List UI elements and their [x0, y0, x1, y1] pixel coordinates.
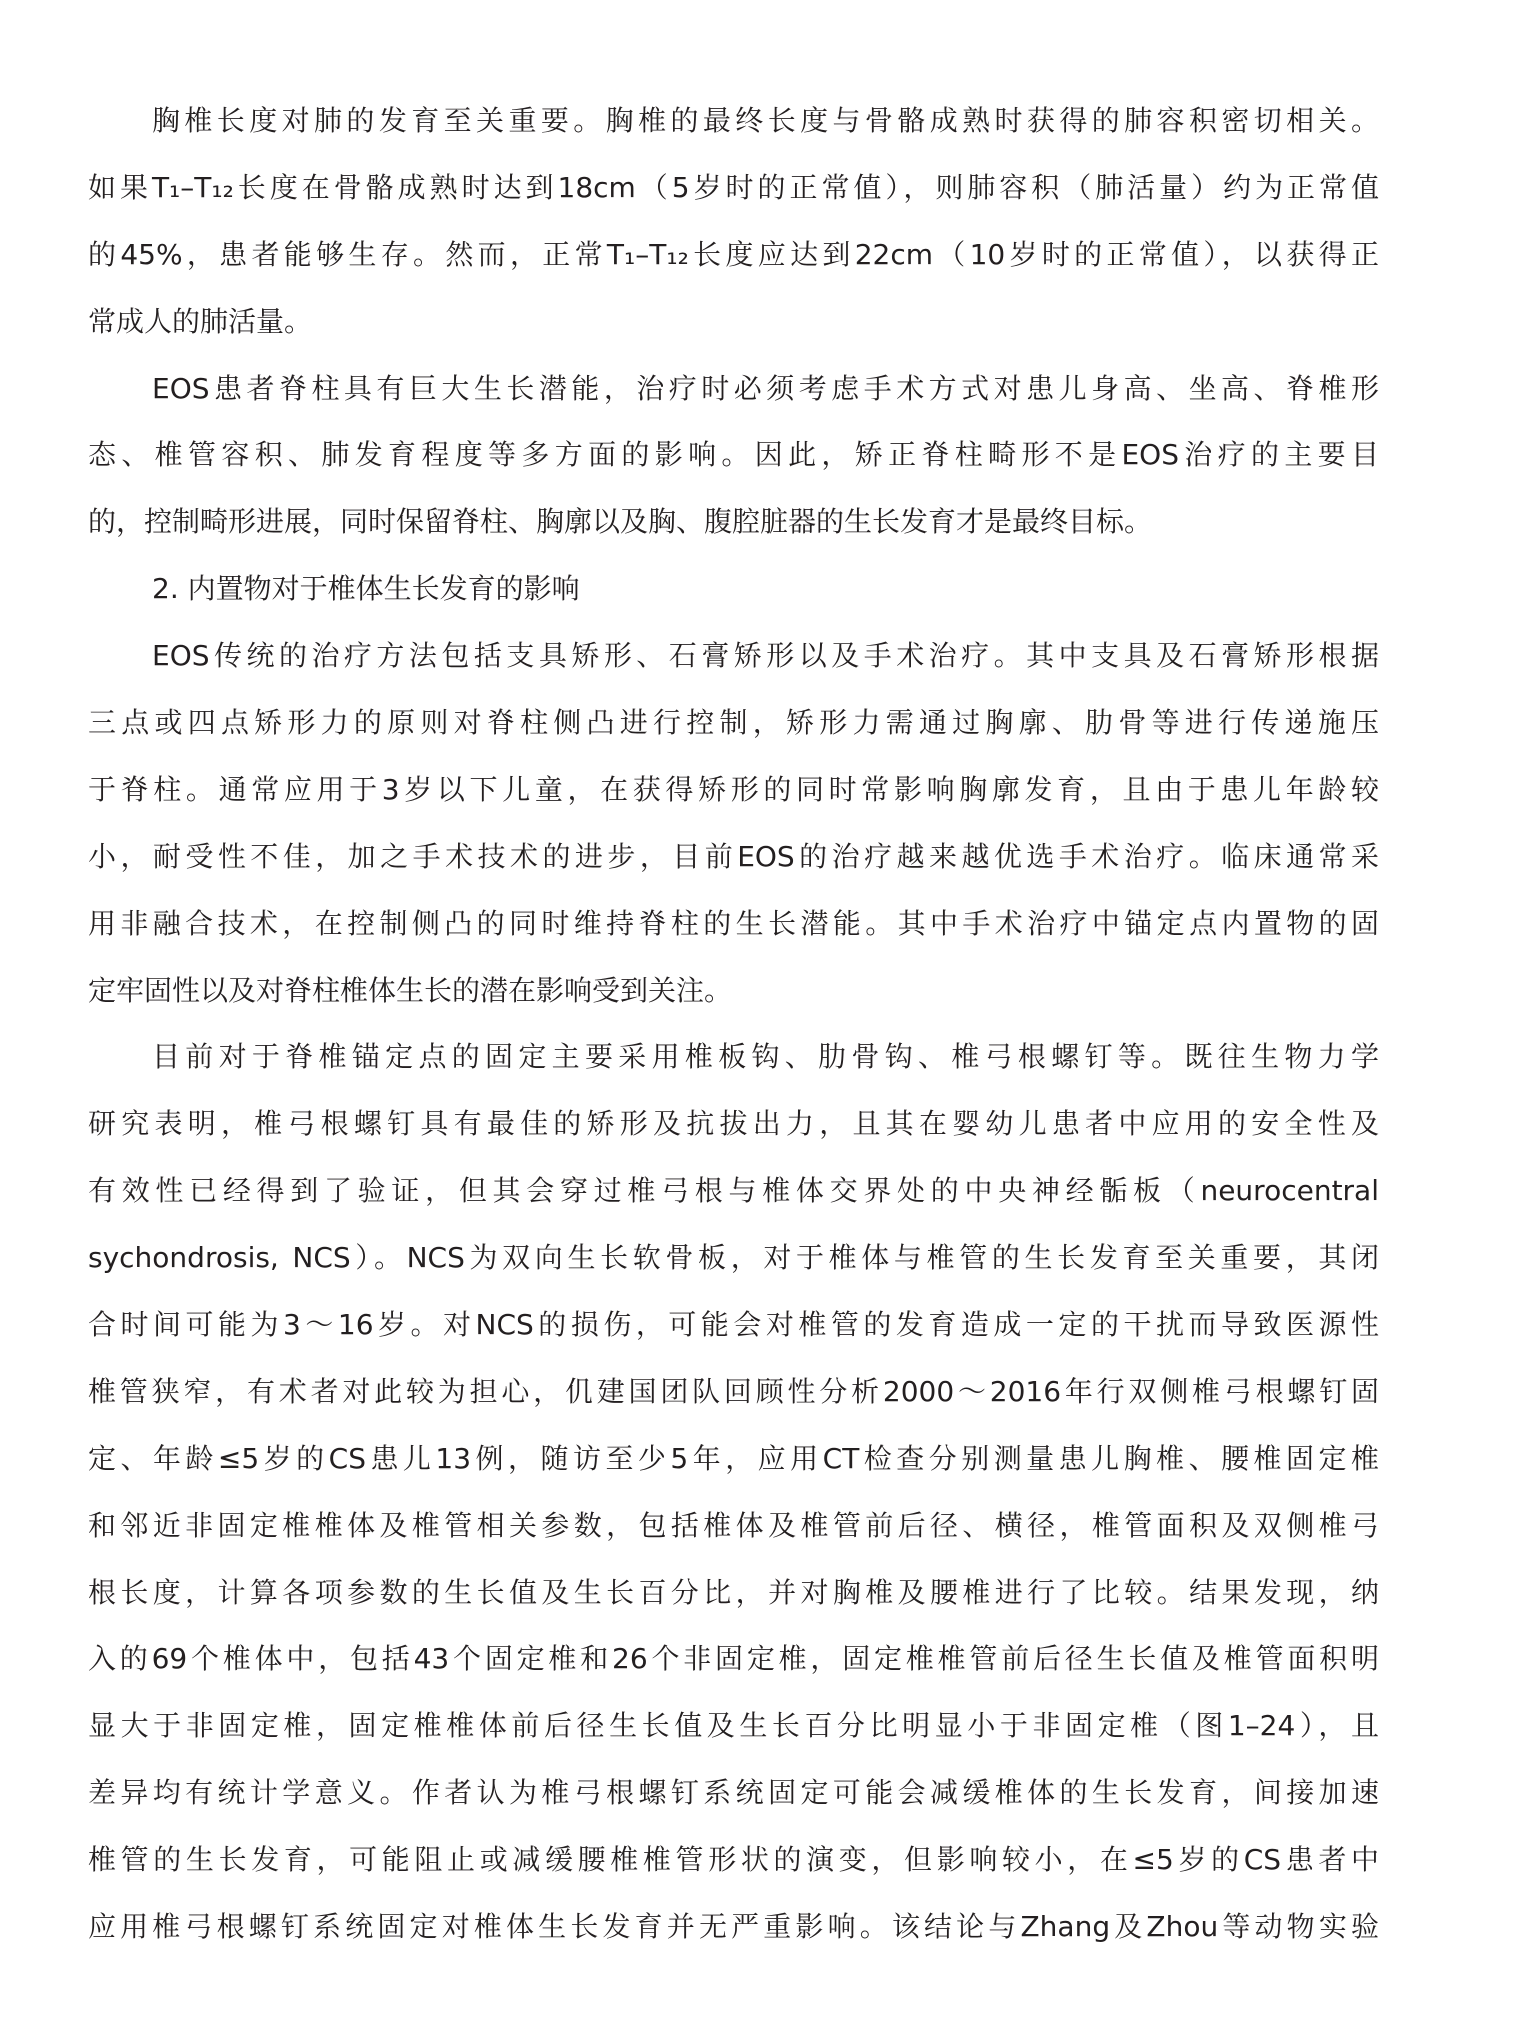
text-line: 态、椎管容积、肺发育程度等多方面的影响。因此，矫正脊柱畸形不是EOS治疗的主要目 — [88, 422, 1379, 489]
text-line: 目前对于脊椎锚定点的固定主要采用椎板钩、肋骨钩、椎弓根螺钉等。既往生物力学 — [88, 1024, 1379, 1091]
text-line: 有效性已经得到了验证，但其会穿过椎弓根与椎体交界处的中央神经骺板（neuroce… — [88, 1158, 1379, 1225]
text-line: 定牢固性以及对脊柱椎体生长的潜在影响受到关注。 — [88, 958, 1379, 1025]
paragraph-anchor-fixation: 目前对于脊椎锚定点的固定主要采用椎板钩、肋骨钩、椎弓根螺钉等。既往生物力学 研究… — [88, 1024, 1379, 1960]
text-line: 应用椎弓根螺钉系统固定对椎体生长发育并无严重影响。该结论与Zhang及Zhou等… — [88, 1894, 1379, 1961]
paragraph-traditional-treatment: EOS传统的治疗方法包括支具矫形、石膏矫形以及手术治疗。其中支具及石膏矫形根据 … — [88, 623, 1379, 1024]
text-line: 三点或四点矫形力的原则对脊柱侧凸进行控制，矫形力需通过胸廓、肋骨等进行传递施压 — [88, 690, 1379, 757]
text-line: 椎管狭窄，有术者对此较为担心，仉建国团队回顾性分析2000～2016年行双侧椎弓… — [88, 1359, 1379, 1426]
text-line: 差异均有统计学意义。作者认为椎弓根螺钉系统固定可能会减缓椎体的生长发育，间接加速 — [88, 1760, 1379, 1827]
document-page: 胸椎长度对肺的发育至关重要。胸椎的最终长度与骨骼成熟时获得的肺容积密切相关。 如… — [88, 88, 1379, 1961]
text-line: 研究表明，椎弓根螺钉具有最佳的矫形及抗拔出力，且其在婴幼儿患者中应用的安全性及 — [88, 1091, 1379, 1158]
paragraph-eos-growth-potential: EOS患者脊柱具有巨大生长潜能，治疗时必须考虑手术方式对患儿身高、坐高、脊椎形 … — [88, 356, 1379, 557]
text-line: 椎管的生长发育，可能阻止或减缓腰椎椎管形状的演变，但影响较小，在≤5岁的CS患者… — [88, 1827, 1379, 1894]
paragraph-thoracic-length: 胸椎长度对肺的发育至关重要。胸椎的最终长度与骨骼成熟时获得的肺容积密切相关。 如… — [88, 88, 1379, 356]
text-line: 合时间可能为3～16岁。对NCS的损伤，可能会对椎管的发育造成一定的干扰而导致医… — [88, 1292, 1379, 1359]
section-heading-text: 2. 内置物对于椎体生长发育的影响 — [88, 556, 1379, 623]
text-line: 小，耐受性不佳，加之手术技术的进步，目前EOS的治疗越来越优选手术治疗。临床通常… — [88, 824, 1379, 891]
text-line: EOS患者脊柱具有巨大生长潜能，治疗时必须考虑手术方式对患儿身高、坐高、脊椎形 — [88, 356, 1379, 423]
text-line: 用非融合技术，在控制侧凸的同时维持脊柱的生长潜能。其中手术治疗中锚定点内置物的固 — [88, 891, 1379, 958]
text-line: 如果T₁–T₁₂长度在骨骼成熟时达到18cm（5岁时的正常值），则肺容积（肺活量… — [88, 155, 1379, 222]
text-line: 和邻近非固定椎椎体及椎管相关参数，包括椎体及椎管前后径、横径，椎管面积及双侧椎弓 — [88, 1493, 1379, 1560]
text-line: 的45%，患者能够生存。然而，正常T₁–T₁₂长度应达到22cm（10岁时的正常… — [88, 222, 1379, 289]
text-line: sychondrosis, NCS）。NCS为双向生长软骨板，对于椎体与椎管的生… — [88, 1225, 1379, 1292]
text-line: 根长度，计算各项参数的生长值及生长百分比，并对胸椎及腰椎进行了比较。结果发现，纳 — [88, 1560, 1379, 1627]
text-line: 显大于非固定椎，固定椎椎体前后径生长值及生长百分比明显小于非固定椎（图1–24）… — [88, 1693, 1379, 1760]
text-line: 定、年龄≤5岁的CS患儿13例，随访至少5年，应用CT检查分别测量患儿胸椎、腰椎… — [88, 1426, 1379, 1493]
text-line: 入的69个椎体中，包括43个固定椎和26个非固定椎，固定椎椎管前后径生长值及椎管… — [88, 1626, 1379, 1693]
section-heading: 2. 内置物对于椎体生长发育的影响 — [88, 556, 1379, 623]
text-line: 胸椎长度对肺的发育至关重要。胸椎的最终长度与骨骼成熟时获得的肺容积密切相关。 — [88, 88, 1379, 155]
text-line: EOS传统的治疗方法包括支具矫形、石膏矫形以及手术治疗。其中支具及石膏矫形根据 — [88, 623, 1379, 690]
text-line: 于脊柱。通常应用于3岁以下儿童，在获得矫形的同时常影响胸廓发育，且由于患儿年龄较 — [88, 757, 1379, 824]
text-line: 常成人的肺活量。 — [88, 289, 1379, 356]
text-line: 的，控制畸形进展，同时保留脊柱、胸廓以及胸、腹腔脏器的生长发育才是最终目标。 — [88, 489, 1379, 556]
